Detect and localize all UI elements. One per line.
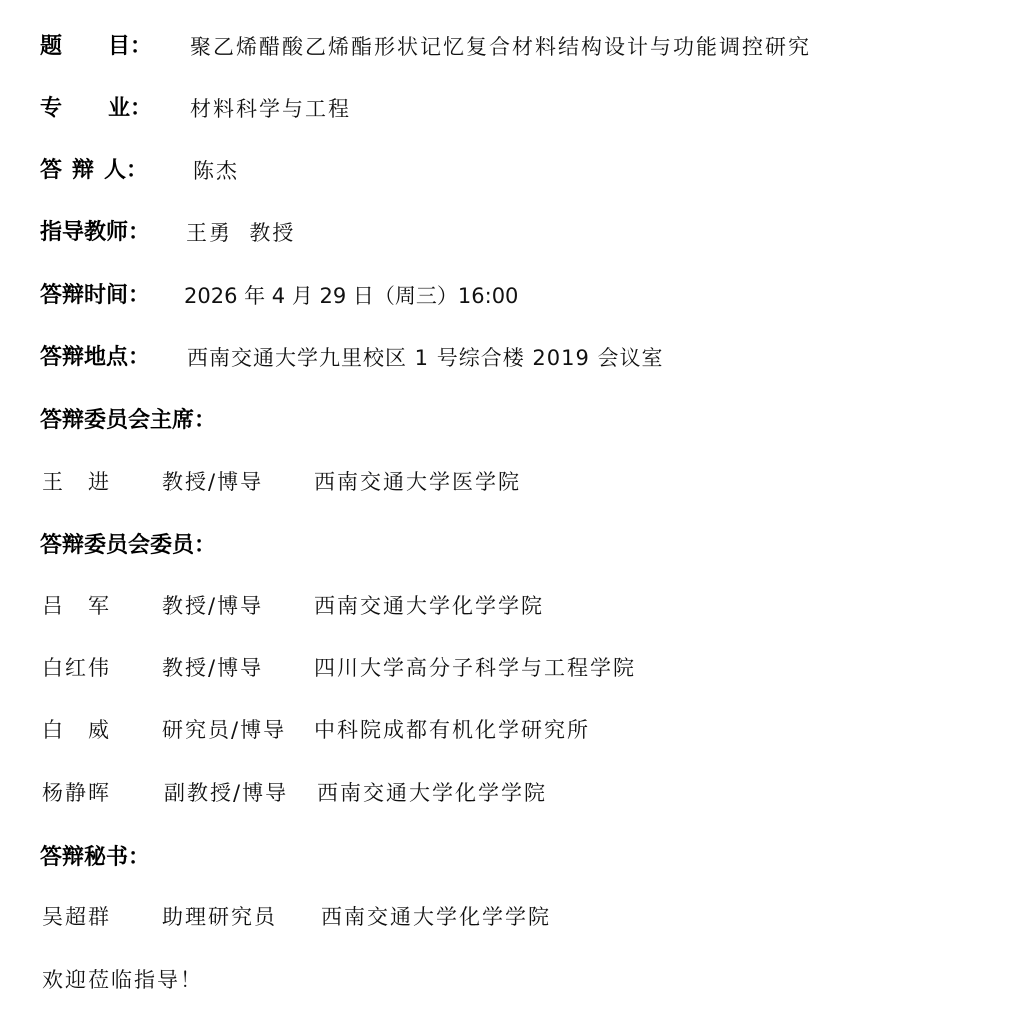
colon: ：	[128, 283, 150, 308]
major-label-char: 专	[40, 94, 62, 124]
chair-section-title-row: 答辩委员会主席：	[40, 405, 216, 435]
member-title: 助理研究员	[162, 902, 277, 932]
topic-label-char: 目	[108, 34, 130, 59]
advisor-label-text: 指导教师	[40, 220, 128, 245]
time-value: 2026 年 4 月 29 日（周三）16:00	[184, 281, 518, 311]
member-affiliation: 中科院成都有机化学研究所	[314, 715, 590, 745]
defender-value: 陈杰	[193, 156, 239, 186]
colon: ：	[130, 34, 152, 59]
member-name: 杨静晖	[42, 778, 111, 808]
time-label-text: 答辩时间	[40, 283, 128, 308]
defender-label-char: 辩	[72, 156, 94, 186]
topic-label: 题 目：	[40, 32, 152, 62]
member-name: 吕 军	[42, 591, 111, 621]
committee-section-title-row: 答辩委员会委员：	[40, 530, 216, 560]
advisor-value: 王勇 教授	[186, 218, 295, 248]
chair-section-title: 答辩委员会主席：	[40, 408, 216, 433]
colon: ：	[126, 158, 148, 183]
colon: ：	[128, 220, 150, 245]
topic-value: 聚乙烯醋酸乙烯酯形状记忆复合材料结构设计与功能调控研究	[190, 32, 811, 62]
member-name: 吴超群	[42, 902, 111, 932]
colon: ：	[128, 345, 150, 370]
member-name: 白 威	[42, 715, 111, 745]
secretary-section-title-row: 答辩秘书：	[40, 842, 150, 872]
major-label: 专 业：	[40, 94, 152, 124]
colon: ：	[130, 96, 152, 121]
location-label-text: 答辩地点	[40, 345, 128, 370]
defense-notice-page: 题 目： 聚乙烯醋酸乙烯酯形状记忆复合材料结构设计与功能调控研究 专 业： 材料…	[0, 0, 1016, 1030]
member-name: 白红伟	[42, 653, 111, 683]
member-name: 王 进	[42, 467, 111, 497]
member-affiliation: 西南交通大学化学学院	[321, 902, 551, 932]
closing-text: 欢迎莅临指导！	[42, 965, 203, 995]
member-affiliation: 四川大学高分子科学与工程学院	[314, 653, 636, 683]
secretary-section-title: 答辩秘书：	[40, 845, 150, 870]
defender-label: 答 辩 人：	[40, 156, 148, 186]
member-affiliation: 西南交通大学医学院	[314, 467, 521, 497]
member-title: 教授/博导	[162, 591, 263, 621]
member-affiliation: 西南交通大学化学学院	[317, 778, 547, 808]
committee-section-title: 答辩委员会委员：	[40, 533, 216, 558]
major-label-char: 业	[108, 96, 130, 121]
defender-label-char: 人	[104, 158, 126, 183]
member-affiliation: 西南交通大学化学学院	[314, 591, 544, 621]
defender-label-char: 答	[40, 156, 62, 186]
location-label: 答辩地点：	[40, 343, 150, 373]
advisor-label: 指导教师：	[40, 218, 150, 248]
member-title: 研究员/博导	[162, 715, 286, 745]
member-title: 教授/博导	[162, 653, 263, 683]
time-label: 答辩时间：	[40, 281, 150, 311]
topic-label-char: 题	[40, 32, 62, 62]
location-value: 西南交通大学九里校区 1 号综合楼 2019 会议室	[187, 343, 664, 373]
member-title: 副教授/博导	[164, 778, 288, 808]
member-title: 教授/博导	[162, 467, 263, 497]
major-value: 材料科学与工程	[190, 94, 351, 124]
